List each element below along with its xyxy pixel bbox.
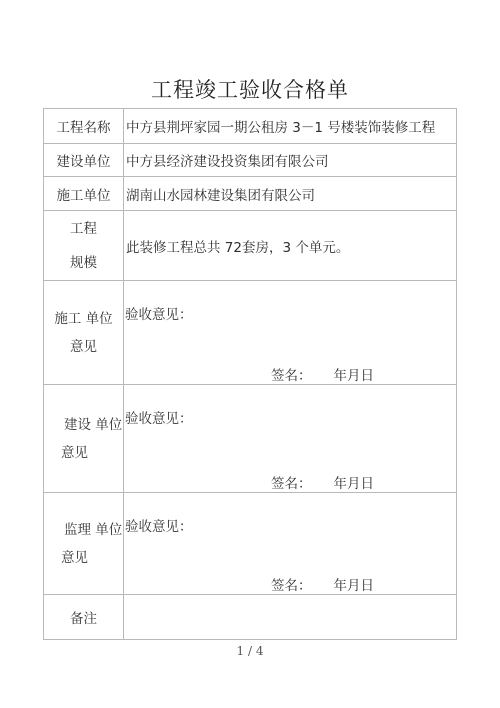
builder-unit-label: 建设单位 bbox=[44, 144, 124, 177]
row-remarks: 备注 bbox=[44, 595, 457, 640]
document-title: 工程竣工验收合格单 bbox=[0, 74, 500, 104]
builder-opinion-label: 建设 单位 意见 bbox=[44, 385, 124, 493]
project-scale-label-line1: 工程 bbox=[44, 212, 123, 246]
row-construction-opinion: 施工 单位 意见 验收意见： 签名：年月日 bbox=[44, 281, 457, 385]
project-scale-label-line2: 规模 bbox=[44, 246, 123, 280]
project-name-value[interactable]: 中方县荆坪家园一期公租房 3－1 号楼装饰装修工程 bbox=[124, 109, 457, 144]
date-label: 年月日 bbox=[334, 578, 375, 594]
row-supervision-opinion: 监理 单位 意见 验收意见： 签名：年月日 bbox=[44, 493, 457, 595]
supervision-opinion-prompt: 验收意见： bbox=[125, 515, 193, 535]
construction-opinion-cell[interactable]: 验收意见： 签名：年月日 bbox=[124, 281, 457, 385]
remarks-label: 备注 bbox=[44, 595, 124, 640]
row-construction-unit: 施工单位 湖南山水园林建设集团有限公司 bbox=[44, 177, 457, 211]
project-scale-label: 工程 规模 bbox=[44, 211, 124, 281]
construction-opinion-label-line2: 意见 bbox=[44, 333, 123, 361]
acceptance-form-table: 工程名称 中方县荆坪家园一期公租房 3－1 号楼装饰装修工程 建设单位 中方县经… bbox=[43, 108, 457, 640]
construction-unit-value[interactable]: 湖南山水园林建设集团有限公司 bbox=[124, 177, 457, 211]
builder-opinion-label-line2: 意见 bbox=[44, 439, 123, 467]
builder-opinion-prompt: 验收意见： bbox=[125, 407, 193, 427]
row-project-scale: 工程 规模 此装修工程总共 72套房，3 个单元。 bbox=[44, 211, 457, 281]
remarks-value[interactable] bbox=[124, 595, 457, 640]
row-builder-unit: 建设单位 中方县经济建设投资集团有限公司 bbox=[44, 144, 457, 177]
supervision-opinion-label: 监理 单位 意见 bbox=[44, 493, 124, 595]
project-name-label: 工程名称 bbox=[44, 109, 124, 144]
builder-signature-line: 签名：年月日 bbox=[271, 472, 374, 492]
supervision-opinion-label-line2: 意见 bbox=[44, 544, 123, 572]
supervision-signature-line: 签名：年月日 bbox=[271, 574, 374, 594]
signature-label: 签名： bbox=[271, 368, 312, 384]
construction-signature-line: 签名：年月日 bbox=[271, 364, 374, 384]
construction-opinion-prompt: 验收意见： bbox=[125, 303, 193, 323]
date-label: 年月日 bbox=[334, 476, 375, 492]
construction-opinion-label-line1: 施工 单位 bbox=[44, 305, 123, 333]
row-project-name: 工程名称 中方县荆坪家园一期公租房 3－1 号楼装饰装修工程 bbox=[44, 109, 457, 144]
builder-unit-value[interactable]: 中方县经济建设投资集团有限公司 bbox=[124, 144, 457, 177]
builder-opinion-cell[interactable]: 验收意见： 签名：年月日 bbox=[124, 385, 457, 493]
date-label: 年月日 bbox=[334, 368, 375, 384]
construction-unit-label: 施工单位 bbox=[44, 177, 124, 211]
supervision-opinion-cell[interactable]: 验收意见： 签名：年月日 bbox=[124, 493, 457, 595]
construction-opinion-label: 施工 单位 意见 bbox=[44, 281, 124, 385]
builder-opinion-label-line1: 建设 单位 bbox=[44, 411, 123, 439]
project-scale-value[interactable]: 此装修工程总共 72套房，3 个单元。 bbox=[124, 211, 457, 281]
signature-label: 签名： bbox=[271, 476, 312, 492]
row-builder-opinion: 建设 单位 意见 验收意见： 签名：年月日 bbox=[44, 385, 457, 493]
signature-label: 签名： bbox=[271, 578, 312, 594]
supervision-opinion-label-line1: 监理 单位 bbox=[44, 516, 123, 544]
page-indicator: 1 / 4 bbox=[0, 644, 500, 658]
